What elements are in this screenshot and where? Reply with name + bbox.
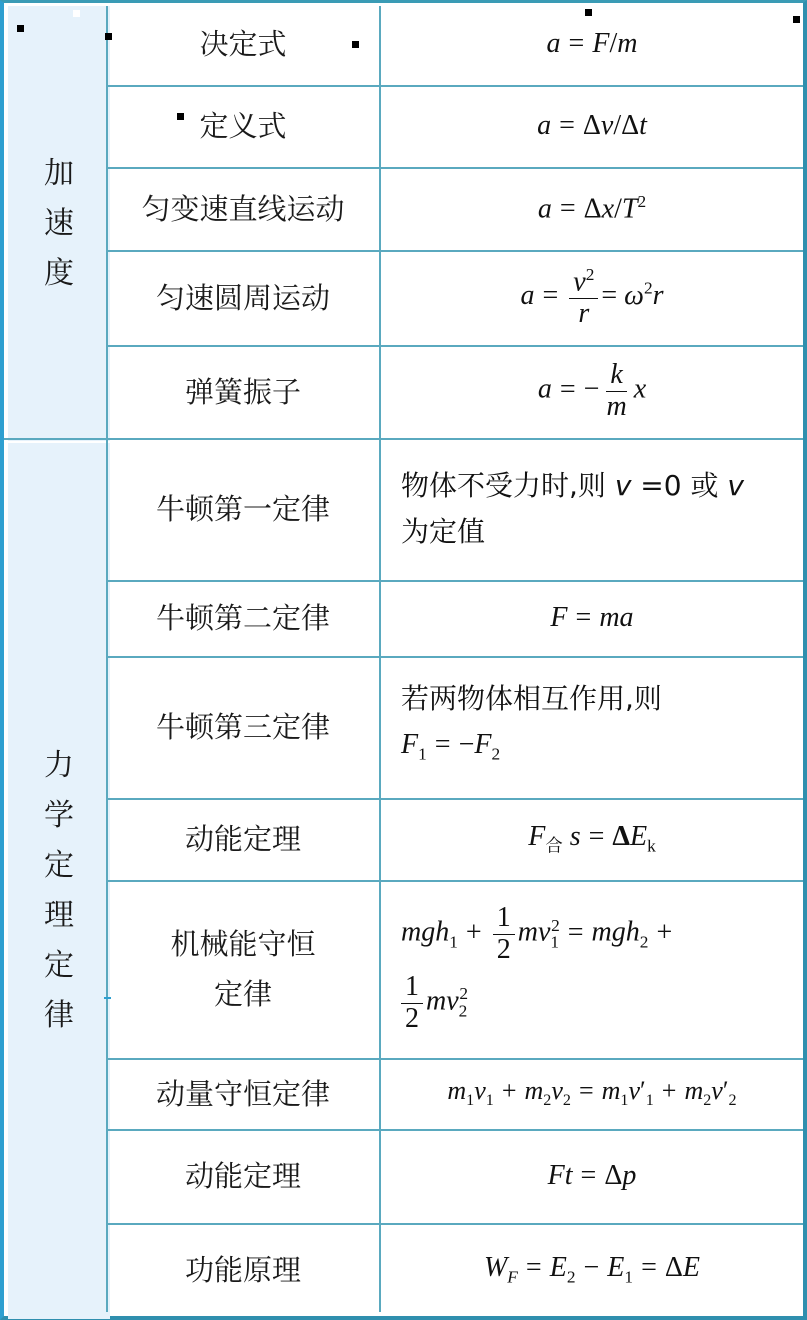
category-char: 加 <box>44 149 74 199</box>
category-mechanics-laws: 力 学 定 理 定 律 <box>8 443 110 1319</box>
formula-cell: a=F/m <box>381 3 803 85</box>
formula-cell: m1v1+m2v2=m1v′1+m2v′2 <box>381 1058 803 1129</box>
formula-cell: 物体不受力时,则 v =0 或 v 为定值 <box>381 438 803 580</box>
artifact-mark <box>352 41 359 48</box>
category-char: 度 <box>44 249 74 299</box>
formula: a=Δx/T2 <box>538 192 646 225</box>
category-char: 速 <box>44 199 74 249</box>
formula-cell: 若两物体相互作用,则 F1=−F2 <box>381 656 803 798</box>
row-name: 牛顿第三定律 <box>108 656 378 798</box>
formula-cell: F=ma <box>381 580 803 656</box>
row-name: 动能定理 <box>108 798 378 880</box>
category-acceleration: 加 速 度 <box>8 6 110 441</box>
row-name: 决定式 <box>108 3 378 85</box>
category-char: 理 <box>44 891 74 941</box>
category-char: 学 <box>44 791 74 841</box>
formula: F1=−F2 <box>401 722 500 778</box>
row-name: 动量守恒定律 <box>108 1058 378 1129</box>
formula-cell: F合 s=ΔEk <box>381 798 803 880</box>
formula: 12mv22 <box>401 972 468 1035</box>
formula-cell: a=Δx/T2 <box>381 167 803 250</box>
category-char: 力 <box>44 741 74 791</box>
formula: mgh1+12mv12=mgh2+ <box>401 903 680 966</box>
artifact-mark <box>104 997 111 999</box>
row-name: 机械能守恒 定律 <box>108 880 378 1058</box>
formula-cell: mgh1+12mv12=mgh2+ 12mv22 <box>381 880 803 1058</box>
formula-cell: a=Δv/Δt <box>381 85 803 167</box>
formula-cell: WF=E2−E1=ΔE <box>381 1223 803 1316</box>
formula-text-line: 为定值 <box>401 509 485 555</box>
row-name: 匀速圆周运动 <box>108 250 378 345</box>
formula: a=−kmx <box>538 360 646 423</box>
artifact-mark <box>793 16 800 23</box>
row-name-line: 机械能守恒 <box>170 919 315 969</box>
row-name: 功能原理 <box>108 1223 378 1316</box>
row-name: 牛顿第二定律 <box>108 580 378 656</box>
category-char: 定 <box>44 841 74 891</box>
formula-cell: a=−kmx <box>381 345 803 438</box>
artifact-mark <box>73 10 80 17</box>
row-name-line: 定律 <box>214 969 272 1019</box>
artifact-mark <box>585 9 592 16</box>
formula: F合 s=ΔEk <box>528 821 656 857</box>
category-char: 律 <box>44 991 74 1041</box>
row-name: 匀变速直线运动 <box>108 167 378 250</box>
formula: Ft=Δp <box>548 1160 637 1192</box>
category-char: 定 <box>44 941 74 991</box>
row-name: 牛顿第一定律 <box>108 438 378 580</box>
artifact-mark <box>105 33 112 40</box>
formula-cell: Ft=Δp <box>381 1129 803 1223</box>
formula: m1v1+m2v2=m1v′1+m2v′2 <box>447 1076 736 1110</box>
formula-text-line: 物体不受力时,则 v =0 或 v <box>401 463 744 509</box>
artifact-mark <box>177 113 184 120</box>
formula-text-line: 若两物体相互作用,则 <box>401 676 662 722</box>
formula: WF=E2−E1=ΔE <box>484 1252 700 1288</box>
formula: a=F/m <box>547 28 638 60</box>
row-name: 动能定理 <box>108 1129 378 1223</box>
formula: F=ma <box>550 602 633 634</box>
row-name: 定义式 <box>108 85 378 167</box>
artifact-mark <box>17 25 24 32</box>
formula: a=Δv/Δt <box>537 110 647 142</box>
formula-cell: a=v2r= ω2r <box>381 250 803 345</box>
row-name: 弹簧振子 <box>108 345 378 438</box>
formula: a=v2r= ω2r <box>520 265 663 330</box>
